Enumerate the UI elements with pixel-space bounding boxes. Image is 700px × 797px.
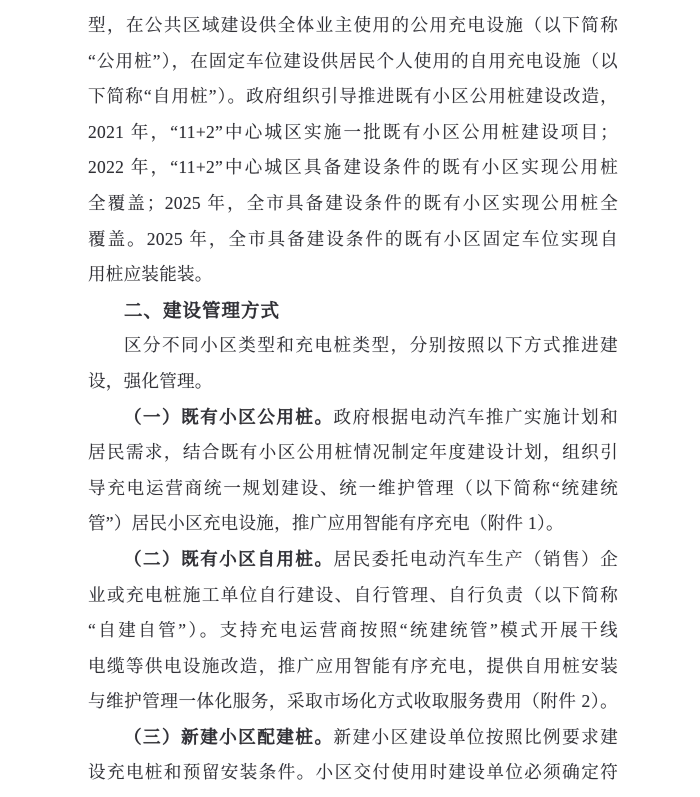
document-text: 型，在公共区域建设供全体业主使用的公用充电设施（以下简称 “公用桩”），在固定车… xyxy=(88,8,618,791)
text-line: 居民需求，结合既有小区公用桩情况制定年度建设计划，组织引 xyxy=(88,435,618,471)
line-text: “自建自管”）。支持充电运营商按照“统建统管”模式开展干线 xyxy=(88,620,618,640)
heading-text: 二、建设管理方式 xyxy=(124,300,280,321)
line-text: 政府根据电动汽车推广实施计划和 xyxy=(334,407,618,427)
line-text: 设充电桩和预留安装条件。小区交付使用时建设单位必须确定符 xyxy=(88,762,618,782)
text-line: 设充电桩和预留安装条件。小区交付使用时建设单位必须确定符 xyxy=(88,755,618,791)
line-text: 导充电运营商统一规划建设、统一维护管理（以下简称“统建统 xyxy=(88,478,618,498)
line-text: 业或充电桩施工单位自行建设、自行管理、自行负责（以下简称 xyxy=(88,585,618,605)
text-line: 设，强化管理。 xyxy=(88,364,618,400)
text-line: 业或充电桩施工单位自行建设、自行管理、自行负责（以下简称 xyxy=(88,578,618,614)
line-text: 型，在公共区域建设供全体业主使用的公用充电设施（以下简称 xyxy=(88,15,618,35)
subheading-bold-text: （三）新建小区配建桩。 xyxy=(124,727,334,747)
subheading-bold-text: （一）既有小区公用桩。 xyxy=(124,407,334,427)
text-line: 与维护管理一体化服务，采取市场化方式收取服务费用（附件 2）。 xyxy=(88,684,618,720)
line-text: 区分不同小区类型和充电桩类型，分别按照以下方式推进建 xyxy=(124,335,618,355)
line-text: 2021 年，“11+2”中心城区实施一批既有小区公用桩建设项目； xyxy=(88,122,618,142)
text-line: 管”）居民小区充电设施，推广应用智能有序充电（附件 1）。 xyxy=(88,506,618,542)
subheading-bold-text: （二）既有小区自用桩。 xyxy=(124,549,334,569)
text-line: 覆盖。2025 年，全市具备建设条件的既有小区固定车位实现自 xyxy=(88,222,618,258)
text-line: 区分不同小区类型和充电桩类型，分别按照以下方式推进建 xyxy=(88,328,618,364)
text-line: 下简称“自用桩”）。政府组织引导推进既有小区公用桩建设改造， xyxy=(88,79,618,115)
line-text: “公用桩”），在固定车位建设供居民个人使用的自用充电设施（以 xyxy=(88,51,618,71)
line-text: 管”）居民小区充电设施，推广应用智能有序充电（附件 1）。 xyxy=(88,513,564,533)
text-line: （二）既有小区自用桩。居民委托电动汽车生产（销售）企 xyxy=(88,542,618,578)
text-line: 全覆盖；2025 年，全市具备建设条件的既有小区实现公用桩全 xyxy=(88,186,618,222)
line-text: 与维护管理一体化服务，采取市场化方式收取服务费用（附件 2）。 xyxy=(88,691,618,711)
line-text: 居民需求，结合既有小区公用桩情况制定年度建设计划，组织引 xyxy=(88,442,618,462)
line-text: 新建小区建设单位按照比例要求建 xyxy=(334,727,618,747)
line-text: 用桩应装能装。 xyxy=(88,264,213,284)
line-text: 覆盖。2025 年，全市具备建设条件的既有小区固定车位实现自 xyxy=(88,229,618,249)
line-text: 电缆等供电设施改造，推广应用智能有序充电，提供自用桩安装 xyxy=(88,656,618,676)
line-text: 设，强化管理。 xyxy=(88,371,213,391)
text-line: 导充电运营商统一规划建设、统一维护管理（以下简称“统建统 xyxy=(88,471,618,507)
text-line: （一）既有小区公用桩。政府根据电动汽车推广实施计划和 xyxy=(88,400,618,436)
text-line: 电缆等供电设施改造，推广应用智能有序充电，提供自用桩安装 xyxy=(88,649,618,685)
text-line: 2021 年，“11+2”中心城区实施一批既有小区公用桩建设项目； xyxy=(88,115,618,151)
text-line: “自建自管”）。支持充电运营商按照“统建统管”模式开展干线 xyxy=(88,613,618,649)
line-text: 全覆盖；2025 年，全市具备建设条件的既有小区实现公用桩全 xyxy=(88,193,618,213)
text-line: 型，在公共区域建设供全体业主使用的公用充电设施（以下简称 xyxy=(88,8,618,44)
line-text: 下简称“自用桩”）。政府组织引导推进既有小区公用桩建设改造， xyxy=(88,86,618,106)
text-line: 2022 年，“11+2”中心城区具备建设条件的既有小区实现公用桩 xyxy=(88,150,618,186)
text-line: 用桩应装能装。 xyxy=(88,257,618,293)
line-text: 2022 年，“11+2”中心城区具备建设条件的既有小区实现公用桩 xyxy=(88,157,618,177)
text-line: “公用桩”），在固定车位建设供居民个人使用的自用充电设施（以 xyxy=(88,44,618,80)
text-line: （三）新建小区配建桩。新建小区建设单位按照比例要求建 xyxy=(88,720,618,756)
section-heading: 二、建设管理方式 xyxy=(88,293,618,329)
line-text: 居民委托电动汽车生产（销售）企 xyxy=(334,549,618,569)
document-page: 型，在公共区域建设供全体业主使用的公用充电设施（以下简称 “公用桩”），在固定车… xyxy=(0,0,700,797)
